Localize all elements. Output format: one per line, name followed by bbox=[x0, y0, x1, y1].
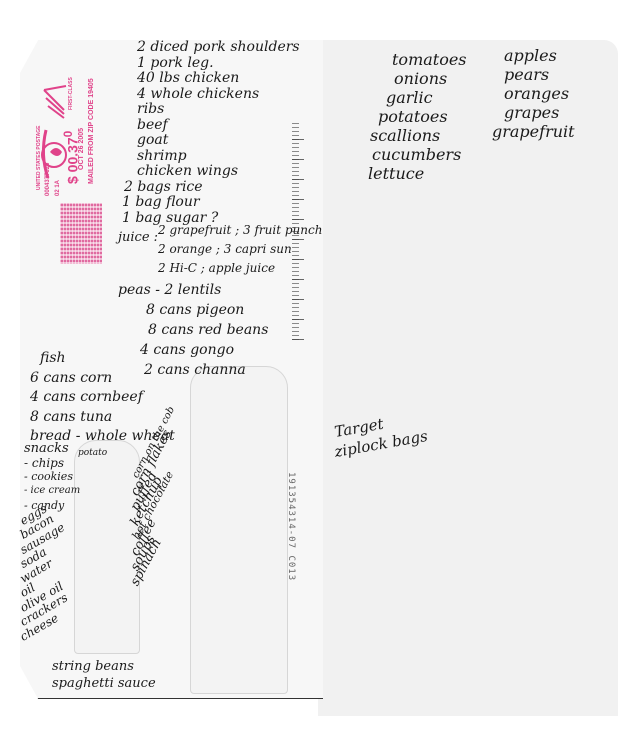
list-item: grapefruit bbox=[492, 124, 575, 140]
list-item: oranges bbox=[504, 86, 569, 102]
list-item: 8 cans pigeon bbox=[146, 303, 244, 317]
list-item: - ice cream bbox=[24, 486, 80, 496]
postage-seal-text: UNITED STATES POSTAGE bbox=[36, 126, 42, 190]
list-item: apples bbox=[504, 48, 557, 64]
list-item: - cookies bbox=[24, 471, 73, 482]
list-item: ribs bbox=[137, 102, 164, 116]
list-item: spaghetti sauce bbox=[52, 677, 156, 690]
juice-line-2: 2 orange ; 3 capri sun bbox=[158, 243, 292, 255]
postage-amount-superscript: 0 bbox=[62, 131, 75, 137]
list-item: potato bbox=[78, 449, 107, 458]
list-item: 4 cans cornbeef bbox=[30, 390, 143, 404]
list-item: beef bbox=[137, 118, 168, 132]
juice-line-1: 2 grapefruit ; 3 fruit punch bbox=[158, 224, 322, 236]
list-item: 1 pork leg. bbox=[137, 56, 214, 70]
meter-line-2: 0004377825 bbox=[45, 163, 51, 196]
list-item: onions bbox=[394, 71, 447, 87]
list-item: pears bbox=[504, 67, 549, 83]
list-item: scallions bbox=[370, 128, 440, 144]
list-item: chicken wings bbox=[137, 164, 238, 178]
list-item: string beans bbox=[52, 660, 134, 673]
list-item: 2 diced pork shoulders bbox=[137, 40, 300, 54]
list-item: 4 cans gongo bbox=[140, 343, 234, 357]
list-item: 1 bag flour bbox=[122, 195, 200, 209]
list-item: lettuce bbox=[368, 166, 424, 182]
envelope-serial-number: 191354314-07 C013 bbox=[286, 472, 296, 581]
postage-mailed-from: MAILED FROM ZIP CODE 19405 bbox=[88, 78, 95, 184]
meter-line-1: 02 1A bbox=[55, 180, 61, 196]
list-item: cucumbers bbox=[372, 147, 461, 163]
postage-date: OCT 26 2005 bbox=[78, 128, 85, 170]
list-item: tomatoes bbox=[392, 52, 467, 68]
list-item: 8 cans tuna bbox=[30, 410, 112, 424]
list-item: fish bbox=[40, 351, 66, 365]
list-item: snacks bbox=[24, 442, 69, 455]
list-item: 4 whole chickens bbox=[137, 87, 259, 101]
list-item: 8 cans red beans bbox=[148, 323, 268, 337]
list-item: shrimp bbox=[137, 149, 187, 163]
list-item: potatoes bbox=[378, 109, 448, 125]
postage-2d-barcode bbox=[60, 203, 102, 264]
list-item: - chips bbox=[24, 457, 64, 469]
list-item: 2 cans channa bbox=[144, 363, 246, 377]
juice-line-3: 2 Hi-C ; apple juice bbox=[158, 262, 275, 274]
right-paper-sheet bbox=[318, 40, 618, 716]
envelope-window-right bbox=[190, 366, 288, 694]
list-item: grapes bbox=[504, 105, 559, 121]
list-item: goat bbox=[137, 133, 168, 147]
list-item: 40 lbs chicken bbox=[137, 71, 239, 85]
list-item: garlic bbox=[386, 90, 433, 106]
list-item: 6 cans corn bbox=[30, 371, 112, 385]
list-item: peas - 2 lentils bbox=[118, 283, 221, 297]
juice-label: juice : bbox=[118, 231, 158, 244]
list-item: 2 bags rice bbox=[124, 180, 203, 194]
postage-class: FIRST-CLASS bbox=[68, 77, 74, 110]
